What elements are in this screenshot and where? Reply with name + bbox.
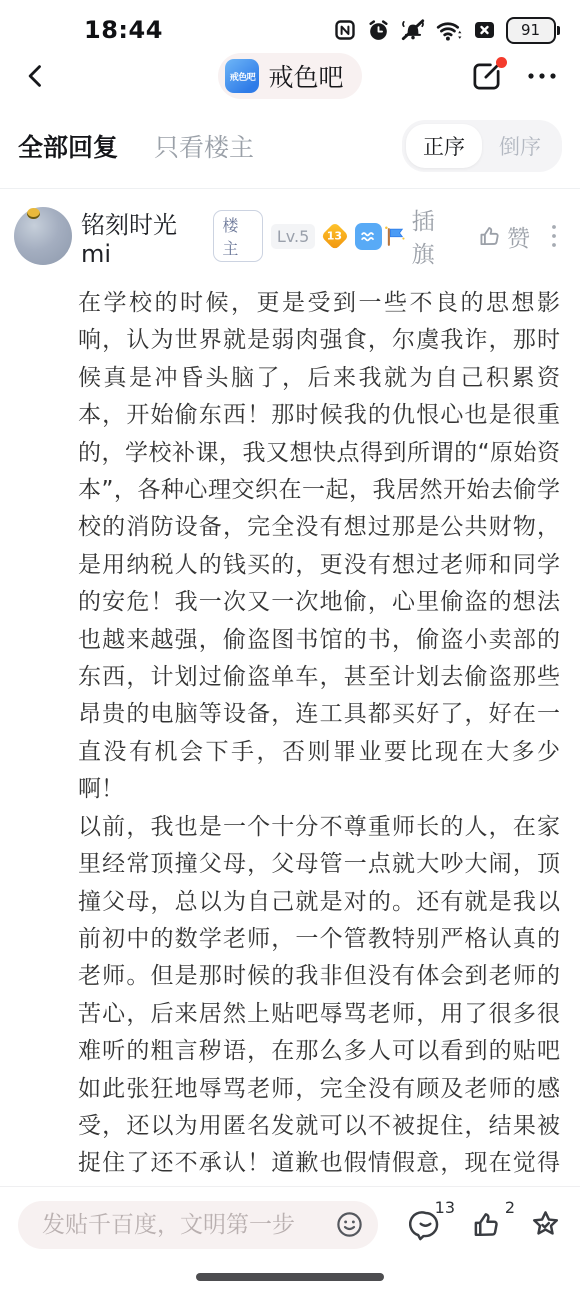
status-bar: 18:44 91 <box>0 0 580 44</box>
home-indicator[interactable] <box>196 1273 384 1281</box>
forum-pill[interactable]: 戒色吧 戒色吧 <box>218 53 361 99</box>
sim-error-icon <box>472 18 497 42</box>
author-name[interactable]: 铭刻时光mi <box>81 205 205 268</box>
nfc-icon <box>333 18 357 42</box>
reply-input[interactable] <box>40 1211 334 1239</box>
notification-dot <box>496 57 507 68</box>
tab-all-replies[interactable]: 全部回复 <box>18 128 118 164</box>
post-paragraph: 以前，我也是一个十分不尊重师长的人，在家里经常顶撞父母，父母管一点就大吵大闹，顶… <box>78 809 560 1220</box>
like-count: 2 <box>505 1198 515 1217</box>
emoji-smiley-icon[interactable] <box>334 1209 365 1240</box>
back-button[interactable] <box>22 62 50 90</box>
alarm-clock-icon <box>366 18 391 43</box>
aquarius-icon <box>355 223 382 250</box>
gold-gem-badge: 13 <box>321 222 349 250</box>
kebab-menu-button[interactable] <box>550 223 558 249</box>
post-header-actions: 插旗 赞 <box>382 203 558 269</box>
thumbs-up-icon <box>476 223 502 249</box>
sort-ascending[interactable]: 正序 <box>406 124 482 168</box>
reply-input-pill[interactable] <box>18 1201 378 1249</box>
post-header: 铭刻时光mi 楼主 Lv.5 13 插旗 <box>14 203 558 269</box>
flag-button[interactable]: 插旗 <box>382 203 456 269</box>
clock-time: 18:44 <box>84 16 163 44</box>
bottom-reply-bar: 13 2 <box>0 1186 580 1262</box>
sort-toggle: 正序 倒序 <box>402 120 562 172</box>
op-badge: 楼主 <box>213 210 263 262</box>
sort-descending[interactable]: 倒序 <box>482 124 558 168</box>
favorite-star-button[interactable] <box>529 1208 562 1241</box>
reply-post: 铭刻时光mi 楼主 Lv.5 13 插旗 <box>0 189 580 1252</box>
bottom-bar-icons: 13 2 <box>409 1208 562 1241</box>
avatar-decoration <box>27 208 40 219</box>
post-paragraph: 在学校的时候，更是受到一些不良的思想影响，认为世界就是弱肉强食，尔虞我诈，那时候… <box>78 285 560 809</box>
battery-icon: 91 <box>506 17 561 44</box>
avatar[interactable] <box>14 207 72 265</box>
more-menu-button[interactable] <box>526 70 558 82</box>
battery-percent: 91 <box>506 17 556 44</box>
tab-op-only[interactable]: 只看楼主 <box>154 128 254 164</box>
author-block: 铭刻时光mi 楼主 Lv.5 13 <box>81 205 382 268</box>
comment-count: 13 <box>435 1198 455 1217</box>
like-post-button[interactable]: 2 <box>469 1208 502 1241</box>
level-badge: Lv.5 <box>271 224 315 249</box>
status-icons: 91 <box>333 17 561 44</box>
flag-icon <box>382 224 407 249</box>
reply-tabs-row: 全部回复 只看楼主 正序 倒序 <box>0 108 580 189</box>
forum-name: 戒色吧 <box>268 58 343 94</box>
forum-app-icon: 戒色吧 <box>225 59 259 93</box>
wifi-icon <box>435 17 463 43</box>
comments-button[interactable]: 13 <box>409 1208 442 1241</box>
nav-bar: 戒色吧 戒色吧 <box>0 44 580 108</box>
thumbs-up-icon <box>469 1208 502 1241</box>
compose-button[interactable] <box>471 61 502 92</box>
screen: 18:44 91 <box>0 0 580 1289</box>
sound-muted-icon <box>400 17 426 43</box>
post-body: 在学校的时候，更是受到一些不良的思想影响，认为世界就是弱肉强食，尔虞我诈，那时候… <box>78 285 560 1220</box>
like-button[interactable]: 赞 <box>476 220 530 253</box>
